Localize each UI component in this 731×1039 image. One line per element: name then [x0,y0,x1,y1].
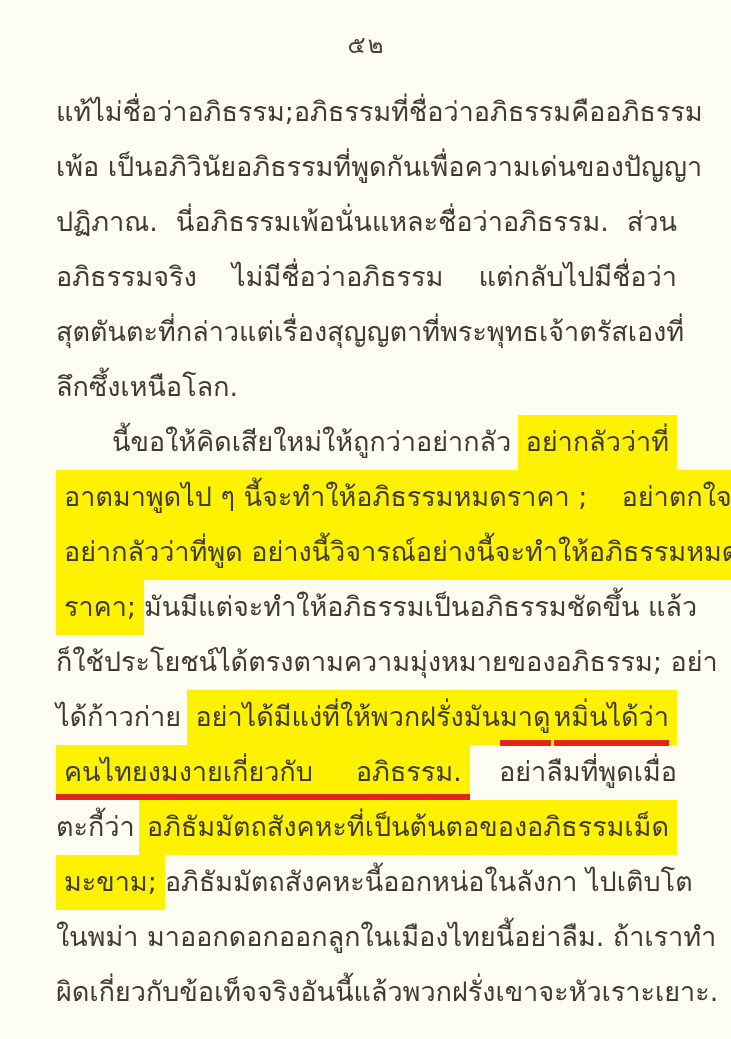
scanned-book-page: ๕๒ แท้ไม่ชื่อว่าอภิธรรม;อภิธรรมที่ชื่อว่… [0,0,731,1039]
text-line: อภิธรรมจริงไม่มีชื่อว่าอภิธรรมแต่กลับไปม… [56,250,677,305]
text-line: แท้ไม่ชื่อว่าอภิธรรม;อภิธรรมที่ชื่อว่าอภ… [56,85,677,140]
text-segment: อภิธรรมที่ชื่อว่าอภิธรรมคืออภิธรรม [294,85,703,140]
text-line: ลึกซึ้งเหนือโลก. [56,360,677,415]
text-segment: ได้ก้าวก่าย [56,690,181,745]
text-line: ตะกี้ว่าอภิธัมมัตถสังคหะที่เป็นต้นตอของอ… [56,800,677,855]
text-segment: ปฏิภาณ. [56,195,158,250]
text-line: คนไทยงมงายเกี่ยวกับ อภิธรรม.อย่าลืมที่พู… [56,745,677,800]
highlighted-text: อภิธัมมัตถสังคหะที่เป็นต้นตอของอภิธรรมเม… [139,800,677,855]
text-segment: อย่าลืมที่พูดเมื่อ [499,745,677,800]
underlined-text: หมิ่นได้ว่า [554,696,670,746]
text-segment: ตะกี้ว่า [56,800,135,855]
text-line: ในพม่า มาออกดอกออกลูกในเมืองไทยนี้อย่าลื… [56,910,677,965]
text-line: อาตมาพูดไป ๆ นี้จะทำให้อภิธรรมหมดราคา ; … [56,470,677,525]
text-line: ก็ใช้ประโยชน์ได้ตรงตามความมุ่งหมายของอภิ… [56,635,677,690]
text-line: นี้ขอให้คิดเสียใหม่ให้ถูกว่าอย่ากลัวอย่า… [56,415,677,470]
text-line: สุตตันตะที่กล่าวแต่เรื่องสุญญตาที่พระพุท… [56,305,677,360]
highlighted-text: อย่ากลัวว่าที่ [518,415,677,470]
text-segment: ลึกซึ้งเหนือโลก. [56,360,238,415]
text-segment: แท้ไม่ชื่อว่าอภิธรรม; [56,85,294,140]
highlighted-text: อย่ากลัวว่าที่พูด อย่างนี้วิจารณ์อย่างนี… [56,525,731,580]
text-segment: นี้ขอให้คิดเสียใหม่ให้ถูกว่าอย่ากลัว [56,415,511,470]
text-segment: ในพม่า มาออกดอกออกลูกในเมืองไทยนี้อย่าลื… [56,910,716,965]
text-segment: แต่กลับไปมีชื่อว่า [479,250,677,305]
text-segment: สุตตันตะ [56,305,158,360]
text-segment: นี่อภิธรรมเพ้อนั่นแหละชื่อว่าอภิธรรม. [176,195,609,250]
page-number: ๕๒ [56,30,677,60]
text-segment: ก็ใช้ประโยชน์ได้ตรงตามความมุ่งหมายของอภิ… [56,635,718,690]
text-segment: มันมีแต่จะทำให้อภิธรรมเป็นอภิธรรมชัดขึ้น… [144,580,697,635]
highlighted-text: อาตมาพูดไป ๆ นี้จะทำให้อภิธรรมหมดราคา ; … [56,470,731,525]
text-line: เพ้อ เป็นอภิวินัยอภิธรรมที่พูดกันเพื่อคว… [56,140,677,195]
highlighted-underlined-text: คนไทยงมงายเกี่ยวกับ อภิธรรม. [56,745,470,800]
text-segment: ที่กล่าวแต่เรื่องสุญญตาที่พระพุทธเจ้าตรั… [158,305,684,360]
text-segment: ส่วน [627,195,677,250]
text-segment: ไม่มีชื่อว่าอภิธรรม [232,250,443,305]
underlined-text: มาดู [500,696,551,746]
text-line: ผิดเกี่ยวกับข้อเท็จจริงอันนี้แล้วพวกฝรั่… [56,965,677,1020]
text-line: มะขาม;อภิธัมมัตถสังคหะนี้ออกหน่อในลังกา … [56,855,677,910]
highlighted-text: อย่าได้มีแง่ที่ให้พวกฝรั่งมันมาดูหมิ่นได… [187,690,677,745]
text-segment: เพ้อ เป็นอภิวินัยอภิธรรมที่พูดกันเพื่อคว… [56,140,702,195]
text-line: ราคา;มันมีแต่จะทำให้อภิธรรมเป็นอภิธรรมชั… [56,580,677,635]
highlighted-text: ราคา; [56,580,144,635]
text-block: แท้ไม่ชื่อว่าอภิธรรม;อภิธรรมที่ชื่อว่าอภ… [56,85,677,1020]
text-segment: ผิดเกี่ยวกับข้อเท็จจริงอันนี้แล้วพวกฝรั่… [56,965,718,1020]
text-segment: อย่าได้มีแง่ที่ให้พวกฝรั่งมัน [195,702,500,733]
text-line: ปฏิภาณ.นี่อภิธรรมเพ้อนั่นแหละชื่อว่าอภิธ… [56,195,677,250]
text-line: อย่ากลัวว่าที่พูด อย่างนี้วิจารณ์อย่างนี… [56,525,677,580]
highlighted-text: มะขาม; [56,855,165,910]
text-line: ได้ก้าวก่ายอย่าได้มีแง่ที่ให้พวกฝรั่งมัน… [56,690,677,745]
text-segment: อภิธัมมัตถสังคหะนี้ออกหน่อในลังกา ไปเติบ… [165,855,693,910]
text-segment: อภิธรรมจริง [56,250,197,305]
